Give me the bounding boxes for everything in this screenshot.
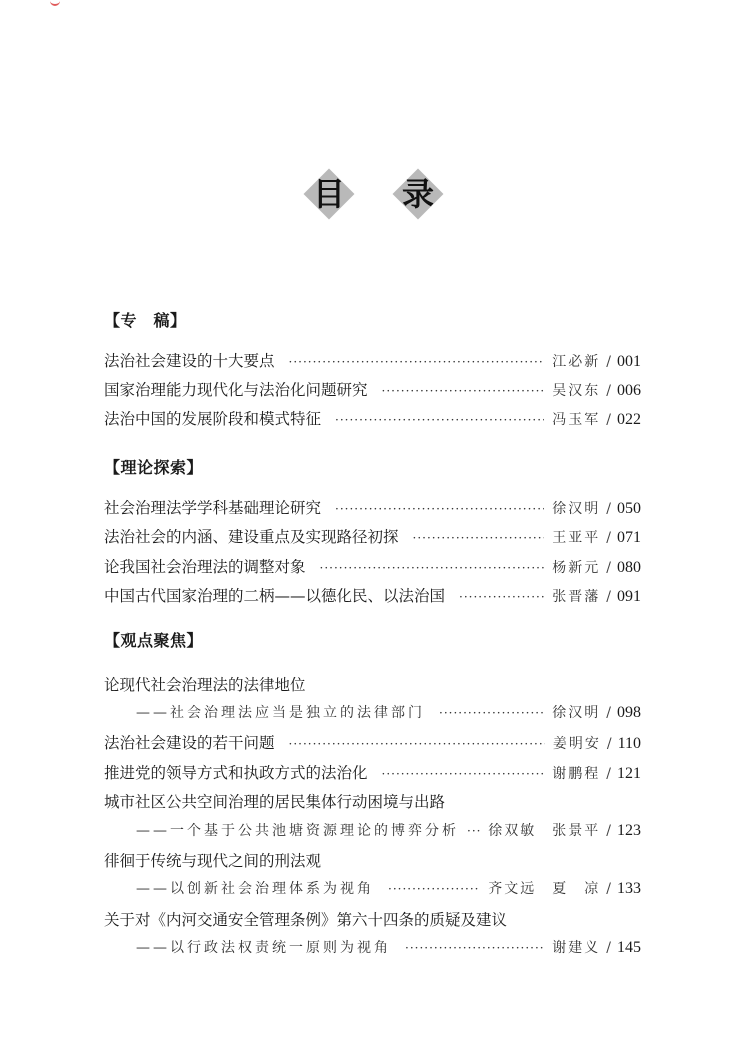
section-heading-theory: 【理论探索】 (104, 455, 203, 478)
entry-subtitle: ——以行政法权责统一原则为视角 (104, 937, 391, 957)
toc-entry[interactable]: 社会治理法学学科基础理论研究 ·························… (104, 496, 641, 518)
entry-author: 吴汉东 (552, 380, 600, 400)
entry-author: 徐汉明 (552, 498, 600, 518)
entry-title[interactable]: 论现代社会治理法的法律地位 (104, 673, 306, 695)
leader-dots: ········································… (439, 706, 544, 720)
entry-title: 法治中国的发展阶段和模式特征 (104, 407, 321, 429)
toc-entry[interactable]: 中国古代国家治理的二柄——以德化民、以法治国 ·················… (104, 584, 641, 606)
separator-slash: / (606, 766, 611, 782)
entry-page: 050 (617, 500, 641, 518)
separator-slash: / (607, 736, 612, 752)
leader-dots: ········································… (388, 882, 480, 896)
scan-artifact-mark (50, 0, 60, 6)
entry-author: 杨新元 (552, 557, 600, 577)
toc-entry[interactable]: ——以创新社会治理体系为视角 ·························… (104, 878, 641, 900)
entry-title: 社会治理法学学科基础理论研究 (104, 496, 321, 518)
separator-slash: / (606, 881, 611, 897)
title-diamond-1: 目 (303, 168, 355, 220)
toc-entry[interactable]: 推进党的领导方式和执政方式的法治化 ······················… (104, 761, 641, 783)
entry-page: 121 (617, 765, 641, 783)
entry-page: 006 (617, 382, 641, 400)
leader-dots: ········································… (405, 941, 544, 955)
toc-entry[interactable]: ——社会治理法应当是独立的法律部门 ······················… (104, 702, 641, 724)
leader-dots: ········································… (335, 502, 544, 516)
separator-slash: / (606, 530, 611, 546)
section-heading-viewpoints: 【观点聚焦】 (104, 628, 203, 651)
entry-title: 法治社会的内涵、建设重点及实现路径初探 (104, 525, 399, 547)
entry-page: 145 (617, 939, 641, 957)
toc-entry[interactable]: 论我国社会治理法的调整对象 ··························… (104, 555, 641, 577)
entry-author: 徐双敏 张景平 (488, 820, 600, 840)
entry-author: 张晋藩 (552, 586, 600, 606)
entry-subtitle: ——社会治理法应当是独立的法律部门 (104, 702, 425, 722)
leader-dots: ········································… (335, 413, 544, 427)
title-char-1: 目 (303, 168, 355, 220)
entry-author: 姜明安 (553, 733, 601, 753)
leader-dots: ········································… (289, 355, 545, 369)
separator-slash: / (606, 383, 611, 399)
separator-slash: / (606, 940, 611, 956)
toc-entry[interactable]: 法治社会建设的十大要点 ····························… (104, 349, 641, 371)
entry-title[interactable]: 城市社区公共空间治理的居民集体行动困境与出路 (104, 790, 445, 812)
entry-title: 论我国社会治理法的调整对象 (104, 555, 306, 577)
leader-dots: ········································… (320, 561, 545, 575)
entry-author: 江必新 (552, 351, 600, 371)
leader-dots: ········································… (289, 737, 545, 751)
entry-subtitle: ——一个基于公共池塘资源理论的博弈分析 (104, 820, 459, 840)
separator-slash: / (606, 823, 611, 839)
separator-slash: / (606, 589, 611, 605)
entry-page: 080 (617, 559, 641, 577)
leader-dots: ········································… (382, 767, 545, 781)
toc-entry[interactable]: 国家治理能力现代化与法治化问题研究 ······················… (104, 378, 641, 400)
separator-slash: / (606, 705, 611, 721)
leader-dots: ········································… (459, 590, 544, 604)
entry-title: 推进党的领导方式和执政方式的法治化 (104, 761, 368, 783)
leader-dots: ········································… (413, 531, 545, 545)
entry-page: 001 (617, 353, 641, 371)
toc-entry[interactable]: ——以行政法权责统一原则为视角 ························… (104, 937, 641, 959)
entry-author: 王亚平 (552, 527, 600, 547)
toc-entry[interactable]: 法治社会建设的若干问题 ····························… (104, 731, 641, 753)
title-diamond-2: 录 (392, 168, 444, 220)
leader-dots: ········································… (382, 384, 545, 398)
entry-subtitle: ——以创新社会治理体系为视角 (104, 878, 374, 898)
toc-entry[interactable]: 法治中国的发展阶段和模式特征 ·························… (104, 407, 641, 429)
leader-dots: ········································… (467, 824, 480, 838)
toc-entry[interactable]: 法治社会的内涵、建设重点及实现路径初探 ····················… (104, 525, 641, 547)
entry-page: 022 (617, 411, 641, 429)
entry-title: 法治社会建设的十大要点 (104, 349, 275, 371)
entry-author: 冯玉军 (552, 409, 600, 429)
toc-entry[interactable]: ——一个基于公共池塘资源理论的博弈分析 ····················… (104, 820, 641, 842)
entry-author: 谢建义 (552, 937, 600, 957)
entry-title: 中国古代国家治理的二柄——以德化民、以法治国 (104, 584, 445, 606)
entry-page: 071 (617, 529, 641, 547)
title-char-2: 录 (392, 168, 444, 220)
separator-slash: / (606, 560, 611, 576)
entry-author: 齐文远 夏 凉 (488, 878, 600, 898)
entry-page: 133 (617, 880, 641, 898)
entry-author: 徐汉明 (552, 702, 600, 722)
separator-slash: / (606, 412, 611, 428)
separator-slash: / (606, 354, 611, 370)
entry-page: 098 (617, 704, 641, 722)
section-heading-special: 【专 稿】 (104, 308, 187, 331)
entry-title: 法治社会建设的若干问题 (104, 731, 275, 753)
entry-title[interactable]: 关于对《内河交通安全管理条例》第六十四条的质疑及建议 (104, 908, 507, 930)
entry-author: 谢鹏程 (552, 763, 600, 783)
entry-title: 国家治理能力现代化与法治化问题研究 (104, 378, 368, 400)
entry-page: 091 (617, 588, 641, 606)
separator-slash: / (606, 501, 611, 517)
entry-page: 123 (617, 822, 641, 840)
toc-title: 目 录 (0, 165, 749, 225)
entry-page: 110 (618, 735, 641, 753)
entry-title[interactable]: 徘徊于传统与现代之间的刑法观 (104, 849, 321, 871)
